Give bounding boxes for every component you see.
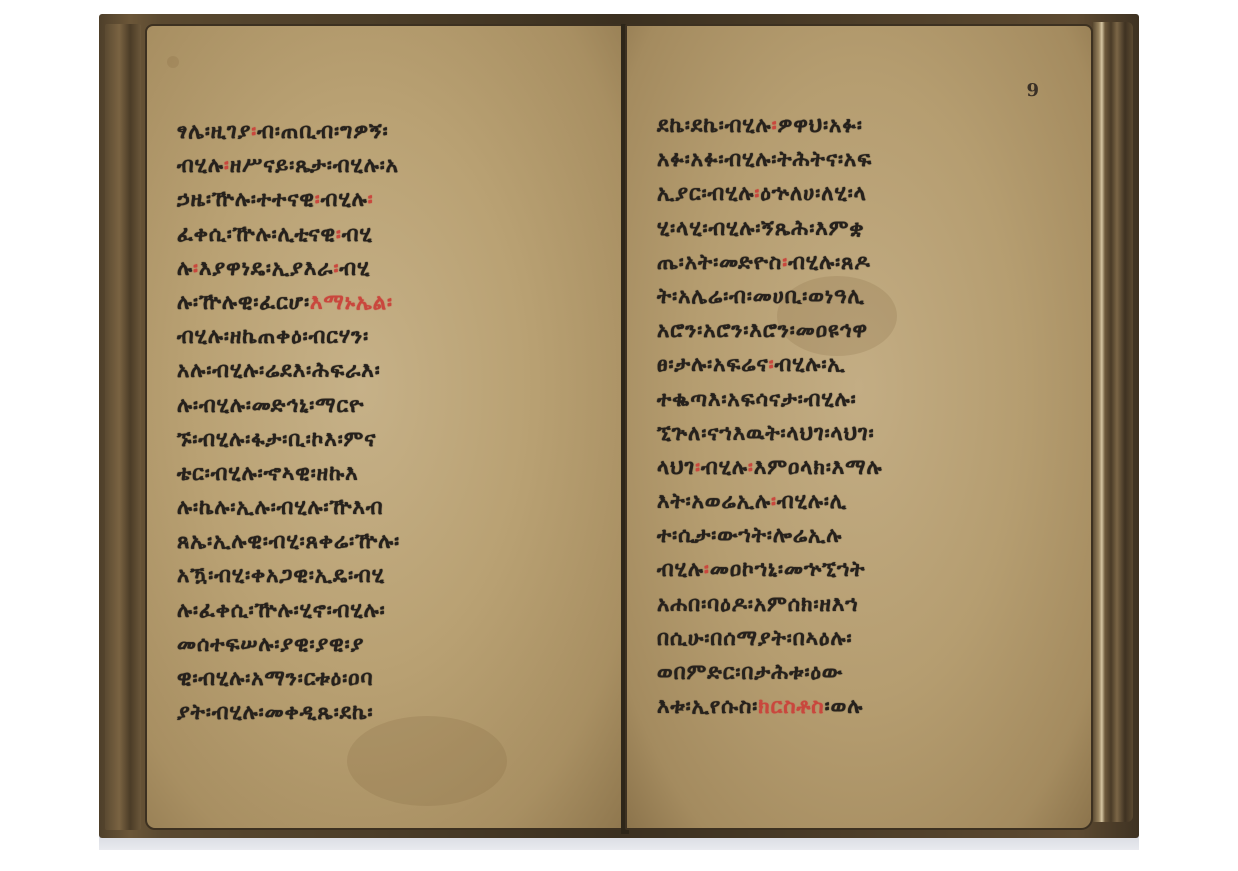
right-text-line: እቱ፡ኢየሱስ፡ክርስቶስ፡ወሉ (657, 689, 1091, 723)
ink-text: ኃዜ፡ዅሉ፡ተተናዊ (177, 187, 315, 211)
ink-text: ደኬ፡ደኬ፡ብሂሉ (657, 113, 772, 137)
ink-text: ት፡አሌሬ፡ብ፡መሀቢ፡ወነዓሊ (657, 284, 865, 308)
ink-text: ቴር፡ብሂሉ፡ኆኣዊ፡ዘኩእ (177, 461, 359, 485)
ink-text: ሉ፡ብሂሉ፡መድኅኒ፡ማርዮ (177, 393, 364, 417)
left-text-line: ሉ፡እያዋነዴ፡ኢያእራ፡ብሂ (177, 251, 623, 285)
ink-text: ዎዋህ፡አፉ፡ (778, 113, 863, 137)
rubric-text: እማኑኤል፡ (310, 290, 393, 314)
left-text-line: ያት፡ብሂሉ፡መቀዲጼ፡ደኬ፡ (177, 695, 623, 729)
left-text-line: ፈቀሲ፡ዅሉ፡ሊቲናዊ፡ብሂ (177, 217, 623, 251)
ink-text: ኙ፡ብሂሉ፡ፋታ፡ቢ፡ኮእ፡ምና (177, 427, 376, 451)
ink-text: ሂ፡ላሂ፡ብሂሉ፡ኝጼሕ፡እምቋ (657, 216, 864, 240)
right-text-line: በሲሁ፡በሰማያት፡በኣዕሉ፡ (657, 621, 1091, 655)
right-text-line: ኚጕለ፡ናኀእዉት፡ላህገ፡ላህገ፡ (657, 416, 1091, 450)
ink-text: መሰተፍሠሉ፡ያዊ፡ያዊ፡ያ (177, 632, 364, 656)
left-text-line: ፃሌ፡ዚገያ፡ብ፡ጠቢብ፡ግዎኝ፡ (177, 114, 623, 148)
right-text-line: ፀ፡ታሉ፡አፍሬና፡ብሂሉ፡ኢ (657, 347, 1091, 381)
left-text-line: ሉ፡ብሂሉ፡መድኅኒ፡ማርዮ (177, 388, 623, 422)
left-text-line: አዃ፡ብሂ፡ቀአጋዊ፡ኢዴ፡ብሂ (177, 558, 623, 592)
manuscript-book: ፃሌ፡ዚገያ፡ብ፡ጠቢብ፡ግዎኝ፡ብሂሉ፡ዘሥናይ፡ጼታ፡ብሂሉ፡አኃዜ፡ዅሉ፡… (99, 14, 1139, 838)
ink-text: ፡ወሉ (825, 694, 864, 718)
ink-text: አዃ፡ብሂ፡ቀአጋዊ፡ኢዴ፡ብሂ (177, 563, 385, 587)
right-text-line: ወበምድር፡በታሕቱ፡ዕው (657, 655, 1091, 689)
right-text-line: ኢያር፡ብሂሉ፡ዕኍለሀ፡ለሂ፡ላ (657, 176, 1091, 210)
ink-text: አሉ፡ብሂሉ፡ሬደእ፡ሕፍራእ፡ (177, 358, 381, 382)
right-text-line: ጤ፡አት፡መድዮስ፡ብሂሉ፡ጸዶ (657, 245, 1091, 279)
ink-text: ኚጕለ፡ናኀእዉት፡ላህገ፡ላህገ፡ (657, 421, 875, 445)
binding-board-edge (105, 24, 141, 830)
ink-text: ሉ፡ዅሉዊ፡ፈርሆ፡ (177, 290, 310, 314)
ink-text: ዕኍለሀ፡ለሂ፡ላ (760, 181, 866, 205)
ink-text: ብሂሉ (321, 187, 368, 211)
ink-text: ጤ፡አት፡መድዮስ (657, 250, 782, 274)
left-text-line: ኙ፡ብሂሉ፡ፋታ፡ቢ፡ኮእ፡ምና (177, 422, 623, 456)
ink-text: ወበምድር፡በታሕቱ፡ዕው (657, 660, 843, 684)
ink-text: ብሂ (339, 256, 370, 280)
ink-text: ፀ፡ታሉ፡አፍሬና (657, 352, 769, 376)
left-text-line: ጸኤ፡ኢሉዊ፡ብሂ፡ጸቀሬ፡ዅሉ፡ (177, 524, 623, 558)
left-text-line: ቴር፡ብሂሉ፡ኆኣዊ፡ዘኩእ (177, 456, 623, 490)
ink-text: ያት፡ብሂሉ፡መቀዲጼ፡ደኬ፡ (177, 700, 374, 724)
stain (347, 716, 507, 806)
page-edges-fore-edge (1093, 22, 1133, 822)
right-text-line: ተ፡ሲታ፡ውኀት፡ሎሬኢሉ (657, 518, 1091, 552)
ink-text: ተ፡ሲታ፡ውኀት፡ሎሬኢሉ (657, 523, 842, 547)
ink-text: ብሂሉ፡ኢ (775, 352, 846, 376)
ink-text: እቱ፡ኢየሱስ፡ (657, 694, 758, 718)
ink-text: እምዐላክ፡እማሉ (754, 455, 883, 479)
ink-text: ብሂሉ (657, 557, 704, 581)
ink-text: ጸኤ፡ኢሉዊ፡ብሂ፡ጸቀሬ፡ዅሉ፡ (177, 529, 400, 553)
ink-text: እያዋነዴ፡ኢያእራ (199, 256, 333, 280)
right-text-line: ላህገ፡ብሂሉ፡እምዐላክ፡እማሉ (657, 450, 1091, 484)
left-page-text: ፃሌ፡ዚገያ፡ብ፡ጠቢብ፡ግዎኝ፡ብሂሉ፡ዘሥናይ፡ጼታ፡ብሂሉ፡አኃዜ፡ዅሉ፡… (177, 114, 623, 729)
right-text-line: እት፡አወሬኢሉ፡ብሂሉ፡ሊ (657, 484, 1091, 518)
right-text-line: አሐበ፡ባዕዶ፡አምሰክ፡ዘእኀ (657, 587, 1091, 621)
right-page-text: ደኬ፡ደኬ፡ብሂሉ፡ዎዋህ፡አፉ፡አፉ፡አፉ፡ብሂሉ፡ትሕትና፡አፍኢያር፡ብሂ… (657, 108, 1091, 723)
ink-text: መዐኮኀኒ፡መኍኚኀት (710, 557, 866, 581)
left-text-line: አሉ፡ብሂሉ፡ሬደእ፡ሕፍራእ፡ (177, 353, 623, 387)
ink-text: አሐበ፡ባዕዶ፡አምሰክ፡ዘእኀ (657, 592, 859, 616)
left-text-line: ሉ፡ዅሉዊ፡ፈርሆ፡እማኑኤል፡ (177, 285, 623, 319)
right-text-line: ተቈጣእ፡አፍሳናታ፡ብሂሉ፡ (657, 382, 1091, 416)
ink-text: ብሂሉ፡ሊ (777, 489, 847, 513)
left-text-line: ሉ፡ኬሉ፡ኢሉ፡ብሂሉ፡ዅእብ (177, 490, 623, 524)
left-text-line: ብሂሉ፡ዘኬጠቀዕ፡ብርሃን፡ (177, 319, 623, 353)
ink-text: ሉ (177, 256, 193, 280)
left-page: ፃሌ፡ዚገያ፡ብ፡ጠቢብ፡ግዎኝ፡ብሂሉ፡ዘሥናይ፡ጼታ፡ብሂሉ፡አኃዜ፡ዅሉ፡… (145, 24, 625, 830)
ink-text: ዊ፡ብሂሉ፡አማን፡ርቱዕ፡ዐባ (177, 666, 374, 690)
ink-text: ብሂሉ (177, 153, 224, 177)
stain (167, 56, 179, 68)
ink-text: እት፡አወሬኢሉ (657, 489, 771, 513)
ink-text: አሮን፡አሮን፡እሮን፡መዐዩኅዋ (657, 318, 868, 342)
right-text-line: ሂ፡ላሂ፡ብሂሉ፡ኝጼሕ፡እምቋ (657, 211, 1091, 245)
ink-text: ብ፡ጠቢብ፡ግዎኝ፡ (257, 119, 388, 143)
ink-text: ሉ፡ፈቀሲ፡ዅሉ፡ሂኖ፡ብሂሉ፡ (177, 598, 386, 622)
ink-text: ብሂሉ (701, 455, 748, 479)
ink-text: ፈቀሲ፡ዅሉ፡ሊቲናዊ (177, 222, 336, 246)
right-text-line: አፉ፡አፉ፡ብሂሉ፡ትሕትና፡አፍ (657, 142, 1091, 176)
ink-text: ላህገ (657, 455, 695, 479)
ink-text: ብሂሉ፡ዘኬጠቀዕ፡ብርሃን፡ (177, 324, 369, 348)
rubric-text: ክርስቶስ (758, 694, 824, 718)
ink-text: ሉ፡ኬሉ፡ኢሉ፡ብሂሉ፡ዅእብ (177, 495, 384, 519)
right-text-line: ደኬ፡ደኬ፡ብሂሉ፡ዎዋህ፡አፉ፡ (657, 108, 1091, 142)
ink-text: ተቈጣእ፡አፍሳናታ፡ብሂሉ፡ (657, 387, 857, 411)
left-text-line: ብሂሉ፡ዘሥናይ፡ጼታ፡ብሂሉ፡አ (177, 148, 623, 182)
left-text-line: መሰተፍሠሉ፡ያዊ፡ያዊ፡ያ (177, 627, 623, 661)
folio-number: 9 (1026, 80, 1039, 101)
ink-text: አፉ፡አፉ፡ብሂሉ፡ትሕትና፡አፍ (657, 147, 872, 171)
right-text-line: ብሂሉ፡መዐኮኀኒ፡መኍኚኀት (657, 552, 1091, 586)
left-text-line: ኃዜ፡ዅሉ፡ተተናዊ፡ብሂሉ፡ (177, 182, 623, 216)
ink-text: ብሂሉ፡ጸዶ (788, 250, 870, 274)
right-text-line: አሮን፡አሮን፡እሮን፡መዐዩኅዋ (657, 313, 1091, 347)
ink-text: ኢያር፡ብሂሉ (657, 181, 754, 205)
ink-text: ብሂ (342, 222, 373, 246)
ink-text: ዘሥናይ፡ጼታ፡ብሂሉ፡አ (230, 153, 399, 177)
left-text-line: ሉ፡ፈቀሲ፡ዅሉ፡ሂኖ፡ብሂሉ፡ (177, 593, 623, 627)
right-page: 9 ደኬ፡ደኬ፡ብሂሉ፡ዎዋህ፡አፉ፡አፉ፡አፉ፡ብሂሉ፡ትሕትና፡አፍኢያር፡… (625, 24, 1093, 830)
ink-text: ፃሌ፡ዚገያ (177, 119, 251, 143)
rubric-text: ፡ (368, 187, 374, 211)
left-text-line: ዊ፡ብሂሉ፡አማን፡ርቱዕ፡ዐባ (177, 661, 623, 695)
ink-text: በሲሁ፡በሰማያት፡በኣዕሉ፡ (657, 626, 852, 650)
right-text-line: ት፡አሌሬ፡ብ፡መሀቢ፡ወነዓሊ (657, 279, 1091, 313)
